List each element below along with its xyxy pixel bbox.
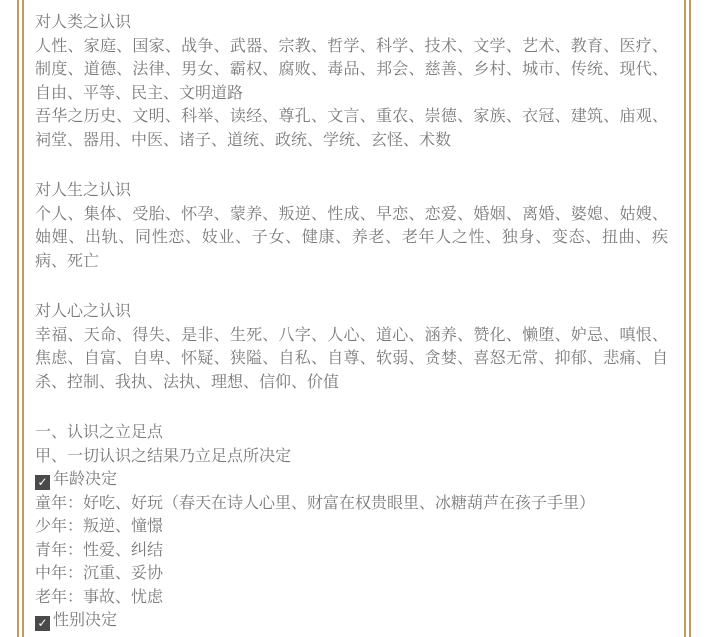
- outline-line: 中年：沉重、妥协: [35, 561, 668, 585]
- outline-line-text: 年龄决定: [53, 469, 117, 488]
- section-block: 对人心之认识幸福、天命、得失、是非、生死、八字、人心、道心、涵养、赞化、懒堕、妒…: [35, 299, 668, 393]
- checkbox-checked-icon: ✓: [35, 475, 50, 490]
- outline-line-text: 少年：叛逆、憧憬: [35, 516, 163, 535]
- outline-line: ✓年龄决定: [35, 467, 668, 491]
- gold-double-border-right-inner: [684, 0, 686, 637]
- gold-double-border-left-outer: [17, 0, 19, 637]
- outline-block: 一、认识之立足点甲、一切认识之结果乃立足点所决定✓年龄决定童年：好吃、好玩（春天…: [35, 420, 668, 632]
- document-page: 对人类之认识人性、家庭、国家、战争、武器、宗教、哲学、科学、技术、文学、艺术、教…: [0, 0, 722, 637]
- outline-line: 青年：性爱、纠结: [35, 538, 668, 562]
- section-paragraph: 个人、集体、受胎、怀孕、蒙养、叛逆、性成、早恋、恋爱、婚姻、离婚、婆媳、姑嫂、妯…: [35, 202, 668, 273]
- outline-line: 童年：好吃、好玩（春天在诗人心里、财富在权贵眼里、冰糖葫芦在孩子手里）: [35, 491, 668, 515]
- section-heading: 对人心之认识: [35, 299, 668, 323]
- outline-line: 老年：事故、忧虑: [35, 585, 668, 609]
- outline-line: 一、认识之立足点: [35, 420, 668, 444]
- gold-double-border-left-inner: [22, 0, 24, 637]
- outline-line-text: 中年：沉重、妥协: [35, 563, 163, 582]
- section-paragraph: 吾华之历史、文明、科举、读经、尊孔、文言、重农、崇德、家族、衣冠、建筑、庙观、祠…: [35, 104, 668, 151]
- section-block: 对人类之认识人性、家庭、国家、战争、武器、宗教、哲学、科学、技术、文学、艺术、教…: [35, 10, 668, 151]
- gold-double-border-right-outer: [689, 0, 691, 637]
- checkbox-checked-icon: ✓: [35, 616, 50, 631]
- outline-line-text: 性别决定: [53, 610, 117, 629]
- document-content: 对人类之认识人性、家庭、国家、战争、武器、宗教、哲学、科学、技术、文学、艺术、教…: [35, 10, 668, 632]
- section-paragraph: 人性、家庭、国家、战争、武器、宗教、哲学、科学、技术、文学、艺术、教育、医疗、制…: [35, 34, 668, 105]
- outline-line: ✓性别决定: [35, 608, 668, 632]
- outline-line-text: 一、认识之立足点: [35, 422, 163, 441]
- section-heading: 对人类之认识: [35, 10, 668, 34]
- section-heading: 对人生之认识: [35, 178, 668, 202]
- outline-line-text: 老年：事故、忧虑: [35, 587, 163, 606]
- outline-line: 甲、一切认识之结果乃立足点所决定: [35, 444, 668, 468]
- outline-line: 少年：叛逆、憧憬: [35, 514, 668, 538]
- section-block: 对人生之认识个人、集体、受胎、怀孕、蒙养、叛逆、性成、早恋、恋爱、婚姻、离婚、婆…: [35, 178, 668, 272]
- outline-line-text: 青年：性爱、纠结: [35, 540, 163, 559]
- section-paragraph: 幸福、天命、得失、是非、生死、八字、人心、道心、涵养、赞化、懒堕、妒忌、嗔恨、焦…: [35, 323, 668, 394]
- outline-line-text: 甲、一切认识之结果乃立足点所决定: [35, 446, 291, 465]
- outline-line-text: 童年：好吃、好玩（春天在诗人心里、财富在权贵眼里、冰糖葫芦在孩子手里）: [35, 493, 595, 512]
